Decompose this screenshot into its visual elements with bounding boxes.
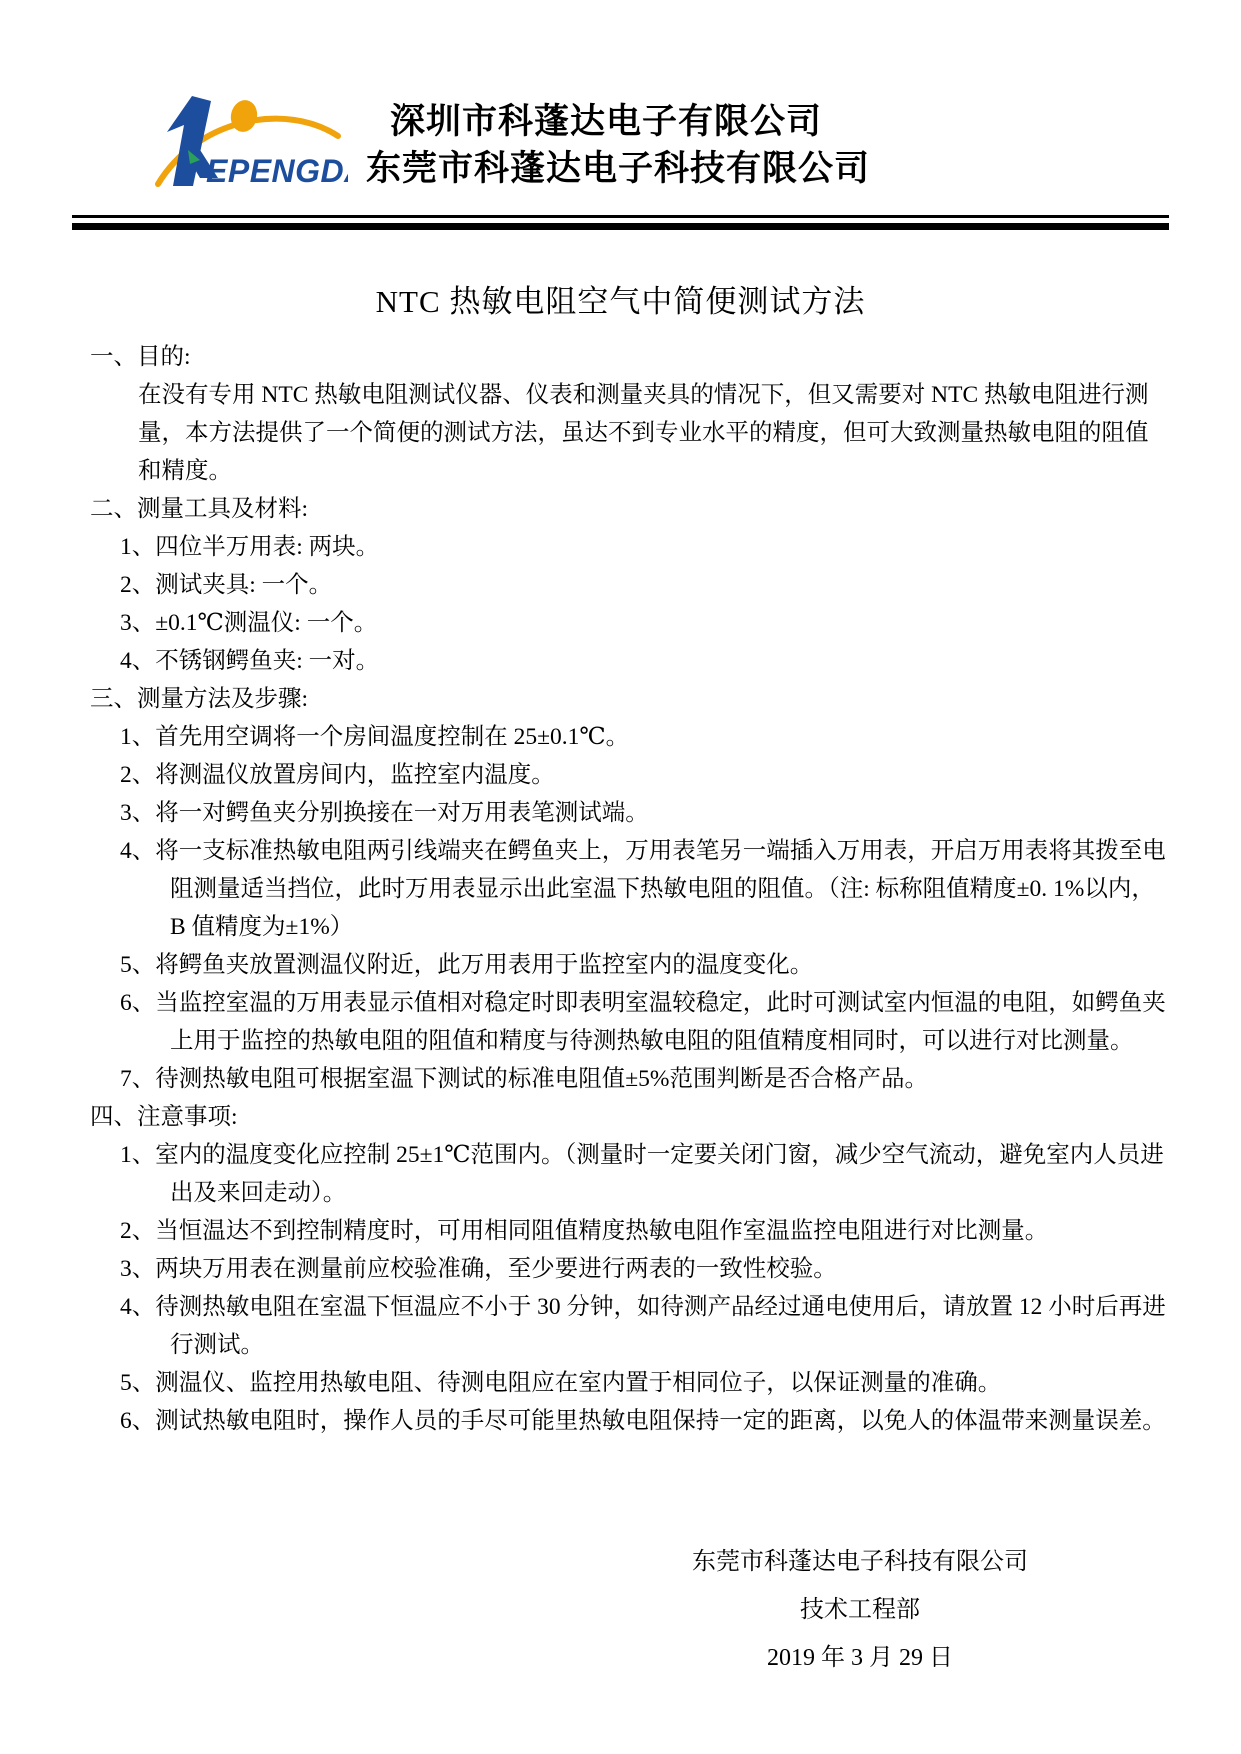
- kepengda-logo-icon: EPENGDA: [148, 92, 348, 194]
- document-header: EPENGDA 深圳市科蓬达电子有限公司 东莞市科蓬达电子科技有限公司: [148, 92, 1108, 194]
- document-title: NTC 热敏电阻空气中简便测试方法: [0, 276, 1241, 321]
- list-item: 5、测温仪、监控用热敏电阻、待测电阻应在室内置于相同位子，以保证测量的准确。: [90, 1364, 1169, 1402]
- list-item: 4、将一支标准热敏电阻两引线端夹在鳄鱼夹上，万用表笔另一端插入万用表，开启万用表…: [90, 832, 1169, 946]
- company-logo: EPENGDA: [148, 92, 348, 194]
- list-item: 2、测试夹具: 一个。: [90, 566, 1169, 604]
- list-item: 3、两块万用表在测量前应校验准确，至少要进行两表的一致性校验。: [90, 1250, 1169, 1288]
- list-item: 1、四位半万用表: 两块。: [90, 528, 1169, 566]
- company-name-shenzhen: 深圳市科蓬达电子有限公司: [366, 98, 846, 145]
- company-names: 深圳市科蓬达电子有限公司 东莞市科蓬达电子科技有限公司: [366, 98, 846, 192]
- list-item: 3、将一对鳄鱼夹分别换接在一对万用表笔测试端。: [90, 794, 1169, 832]
- list-item: 2、当恒温达不到控制精度时，可用相同阻值精度热敏电阻作室温监控电阻进行对比测量。: [90, 1212, 1169, 1250]
- list-item: 5、将鳄鱼夹放置测温仪附近，此万用表用于监控室内的温度变化。: [90, 946, 1169, 984]
- document-page: EPENGDA 深圳市科蓬达电子有限公司 东莞市科蓬达电子科技有限公司 NTC …: [0, 0, 1241, 1754]
- logo-brand-text: EPENGDA: [206, 153, 348, 189]
- list-item: 4、待测热敏电阻在室温下恒温应不小于 30 分钟，如待测产品经过通电使用后，请放…: [90, 1288, 1169, 1364]
- section-heading-2: 三、测量方法及步骤:: [90, 680, 1169, 718]
- section-paragraph: 在没有专用 NTC 热敏电阻测试仪器、仪表和测量夹具的情况下，但又需要对 NTC…: [90, 376, 1169, 490]
- signature-company: 东莞市科蓬达电子科技有限公司: [640, 1538, 1080, 1586]
- list-item: 2、将测温仪放置房间内，监控室内温度。: [90, 756, 1169, 794]
- company-name-dongguan: 东莞市科蓬达电子科技有限公司: [366, 145, 846, 192]
- section-heading-0: 一、目的:: [90, 338, 1169, 376]
- list-item: 3、±0.1℃测温仪: 一个。: [90, 604, 1169, 642]
- document-body: 一、目的:在没有专用 NTC 热敏电阻测试仪器、仪表和测量夹具的情况下，但又需要…: [90, 338, 1169, 1440]
- signature-department: 技术工程部: [640, 1586, 1080, 1634]
- list-item: 1、首先用空调将一个房间温度控制在 25±0.1℃。: [90, 718, 1169, 756]
- signature-block: 东莞市科蓬达电子科技有限公司 技术工程部 2019 年 3 月 29 日: [640, 1538, 1080, 1682]
- header-divider: [72, 215, 1169, 230]
- list-item: 1、室内的温度变化应控制 25±1℃范围内。（测量时一定要关闭门窗，减少空气流动…: [90, 1136, 1169, 1212]
- section-heading-3: 四、注意事项:: [90, 1098, 1169, 1136]
- list-item: 6、测试热敏电阻时，操作人员的手尽可能里热敏电阻保持一定的距离，以免人的体温带来…: [90, 1402, 1169, 1440]
- list-item: 7、待测热敏电阻可根据室温下测试的标准电阻值±5%范围判断是否合格产品。: [90, 1060, 1169, 1098]
- signature-date: 2019 年 3 月 29 日: [640, 1634, 1080, 1682]
- list-item: 4、不锈钢鳄鱼夹: 一对。: [90, 642, 1169, 680]
- section-heading-1: 二、测量工具及材料:: [90, 490, 1169, 528]
- list-item: 6、当监控室温的万用表显示值相对稳定时即表明室温较稳定，此时可测试室内恒温的电阻…: [90, 984, 1169, 1060]
